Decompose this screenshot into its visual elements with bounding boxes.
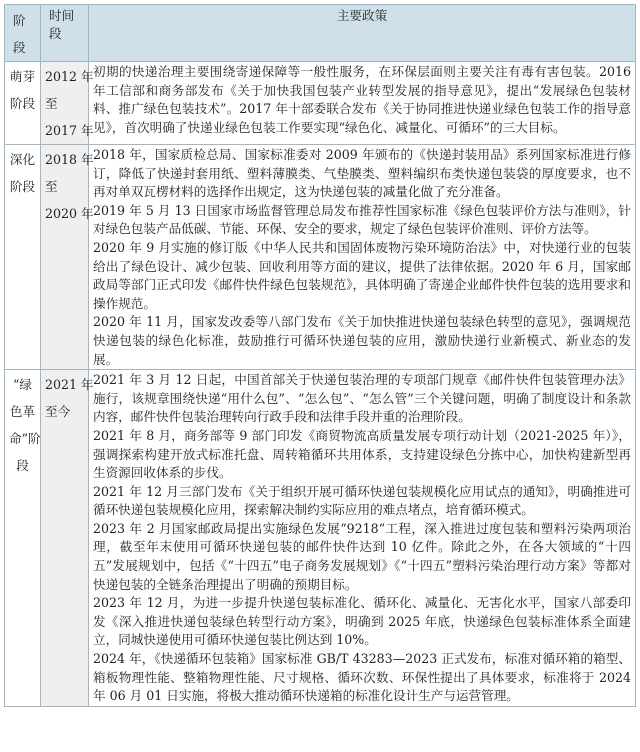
stage-cell: 深化阶段 [5, 145, 41, 370]
policy-paragraph: 2021 年 3 月 12 日起，中国首部关于快递包装治理的专项部门规章《邮件快… [93, 371, 631, 427]
period-sep: 至 [45, 90, 84, 117]
header-period: 时间段 [41, 5, 89, 62]
table-row: “绿色革命”阶段 2021 年 至今 2021 年 3 月 12 日起，中国首部… [5, 370, 636, 707]
policies-cell: 2021 年 3 月 12 日起，中国首部关于快递包装治理的专项部门规章《邮件快… [89, 370, 636, 707]
policy-paragraph: 初期的快递治理主要围绕寄递保障等一般性服务，在环保层面则主要关注有毒有害包装。2… [93, 63, 631, 137]
policy-paragraph: 2021 年 12 月三部门发布《关于组织开展可循环快递包装规模化应用试点的通知… [93, 483, 631, 520]
header-policies: 主要政策 [89, 5, 636, 62]
stage-cell: 萌芽阶段 [5, 62, 41, 145]
policy-table: 阶段 时间段 主要政策 萌芽阶段 2012 年 至 2017 年 初期的快递治理… [4, 4, 636, 707]
period-sep: 至 [45, 173, 84, 200]
policy-table-container: 阶段 时间段 主要政策 萌芽阶段 2012 年 至 2017 年 初期的快递治理… [4, 4, 635, 707]
period-end: 2017 年 [45, 117, 84, 144]
policy-paragraph: 2024 年，《快递循环包装箱》国家标准 GB/T 43283—2023 正式发… [93, 650, 631, 706]
header-stage: 阶段 [5, 5, 41, 62]
period-start: 2021 年 [45, 371, 84, 398]
period-end: 2020 年 [45, 200, 84, 227]
period-cell: 2012 年 至 2017 年 [41, 62, 89, 145]
policy-paragraph: 2018 年，国家质检总局、国家标准委对 2009 年颁布的《快递封装用品》系列… [93, 146, 631, 202]
policy-paragraph: 2019 年 5 月 13 日国家市场监督管理总局发布推荐性国家标准《绿色包装评… [93, 202, 631, 239]
stage-cell: “绿色革命”阶段 [5, 370, 41, 707]
table-row: 深化阶段 2018 年 至 2020 年 2018 年，国家质检总局、国家标准委… [5, 145, 636, 370]
policy-paragraph: 2020 年 9 月实施的修订版《中华人民共和国固体废物污染环境防治法》中，对快… [93, 239, 631, 313]
period-cell: 2021 年 至今 [41, 370, 89, 707]
policy-paragraph: 2020 年 11 月，国家发改委等八部门发布《关于加快推进快递包装绿色转型的意… [93, 313, 631, 369]
policies-cell: 初期的快递治理主要围绕寄递保障等一般性服务，在环保层面则主要关注有毒有害包装。2… [89, 62, 636, 145]
policy-paragraph: 2023 年 2 月国家邮政局提出实施绿色发展“9218”工程，深入推进过度包装… [93, 520, 631, 594]
policies-cell: 2018 年，国家质检总局、国家标准委对 2009 年颁布的《快递封装用品》系列… [89, 145, 636, 370]
table-row: 萌芽阶段 2012 年 至 2017 年 初期的快递治理主要围绕寄递保障等一般性… [5, 62, 636, 145]
period-start: 2012 年 [45, 63, 84, 90]
period-cell: 2018 年 至 2020 年 [41, 145, 89, 370]
period-start: 2018 年 [45, 146, 84, 173]
policy-paragraph: 2023 年 12 月，为进一步提升快递包装标准化、循环化、减量化、无害化水平，… [93, 594, 631, 650]
table-header-row: 阶段 时间段 主要政策 [5, 5, 636, 62]
period-sep: 至今 [45, 398, 84, 425]
policy-paragraph: 2021 年 8 月，商务部等 9 部门印发《商贸物流高质量发展专项行动计划（2… [93, 427, 631, 483]
